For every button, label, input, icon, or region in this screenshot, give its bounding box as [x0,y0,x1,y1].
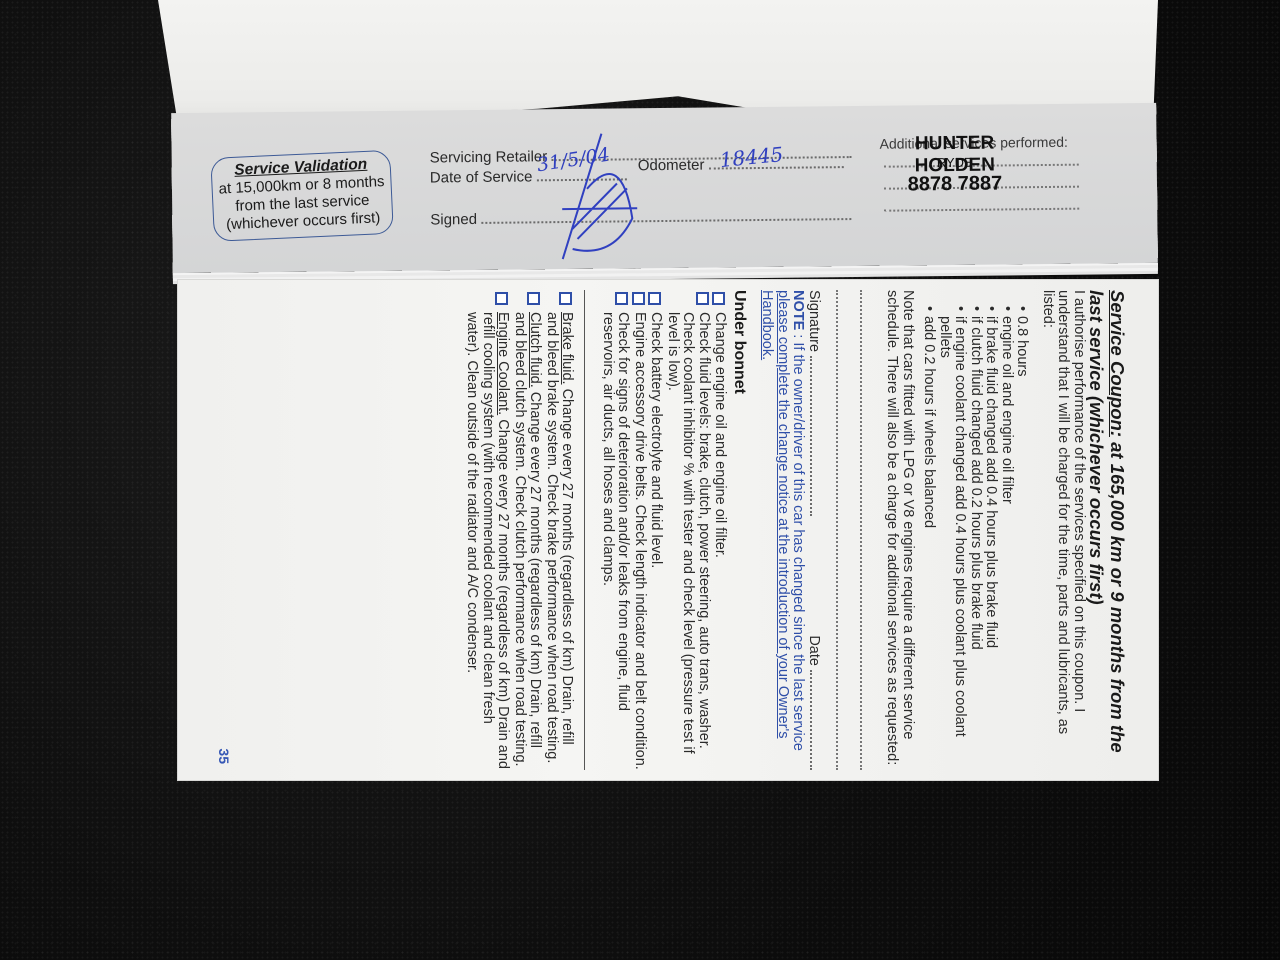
additional-services-line[interactable] [836,290,860,770]
checklist-item: Engine accessory drive belts. Check leng… [632,290,648,770]
checkbox[interactable] [713,292,726,305]
charge-item: if engine coolant changed add 0.4 hours … [937,306,968,770]
coupon-title: Service Coupon: at 165,000 km or 9 month… [1086,290,1128,770]
charge-item: if clutch fluid changed add 0.2 hours pl… [968,306,984,770]
charge-item: if brake fluid changed add 0.4 hours plu… [983,306,999,770]
signature-row: Signature Date [806,290,825,770]
servicing-retailer-label: Servicing Retailer [430,148,548,166]
dealer-stamp-phone: 8878 7887 [880,172,1030,197]
checkbox[interactable] [528,292,541,305]
section-divider [585,290,586,770]
authorise-text: I authorise performance of the services … [1040,290,1087,770]
checklist-item: Check battery electrolyte and fluid leve… [648,290,664,770]
page-number: 35 [216,748,232,764]
extra-service-item: Brake fluid. Change every 27 months (reg… [544,290,575,770]
service-coupon-page: Service Coupon: at 165,000 km or 9 month… [178,280,1158,780]
owner-change-note: NOTE : If the owner/driver of this car h… [759,290,806,770]
extra-service-item: Engine Coolant. Change every 27 months (… [464,290,511,770]
signature-field[interactable]: Signature [806,290,825,516]
checkbox[interactable] [616,292,629,305]
signature-scribble [531,128,642,269]
date-label: Date [806,635,822,666]
charge-item: engine oil and engine oil filter [999,306,1015,770]
date-field[interactable]: Date [806,635,825,770]
lpg-v8-note: Note that cars fitted with LPG or V8 eng… [884,290,915,770]
checkbox[interactable] [696,292,709,305]
dealer-stamp-suburb: RYDE [880,154,1030,171]
service-validation-box: Service Validation at 15,000km or 8 mont… [210,150,394,242]
odometer-label: Odometer [638,157,705,175]
signed-label: Signed [430,211,477,228]
charge-item: 0.8 hours [1014,306,1030,770]
checkbox[interactable] [560,292,573,305]
extra-service-item: Clutch fluid. Change every 27 months (re… [512,290,543,770]
note-text: : If the owner/driver of this car has ch… [791,330,807,751]
date-of-service-label: Date of Service [430,168,533,186]
checklist-item: Check fluid levels: brake, clutch, power… [665,290,712,770]
charge-item: add 0.2 hours if wheels balanced [921,306,937,770]
checkbox[interactable] [649,292,662,305]
signature-label: Signature [806,290,822,352]
charge-list: 0.8 hours engine oil and engine oil filt… [921,306,1030,770]
checkbox[interactable] [632,292,645,305]
under-bonnet-heading: Under bonnet [732,290,748,770]
service-validation-stub: Service Validation at 15,000km or 8 mont… [171,103,1158,273]
coupon-title-label: Service Coupon: [1107,290,1128,437]
note-label: NOTE [791,290,807,330]
additional-services-line[interactable] [860,290,884,770]
checklist-item: Change engine oil and engine oil filter. [712,290,728,770]
change-notice-link[interactable]: please complete the change notice at the… [760,290,792,739]
checklist-item: Check for signs of deterioration and/or … [600,290,631,770]
checkbox[interactable] [496,292,509,305]
service-coupon-content: Service Coupon: at 165,000 km or 9 month… [208,290,1128,770]
